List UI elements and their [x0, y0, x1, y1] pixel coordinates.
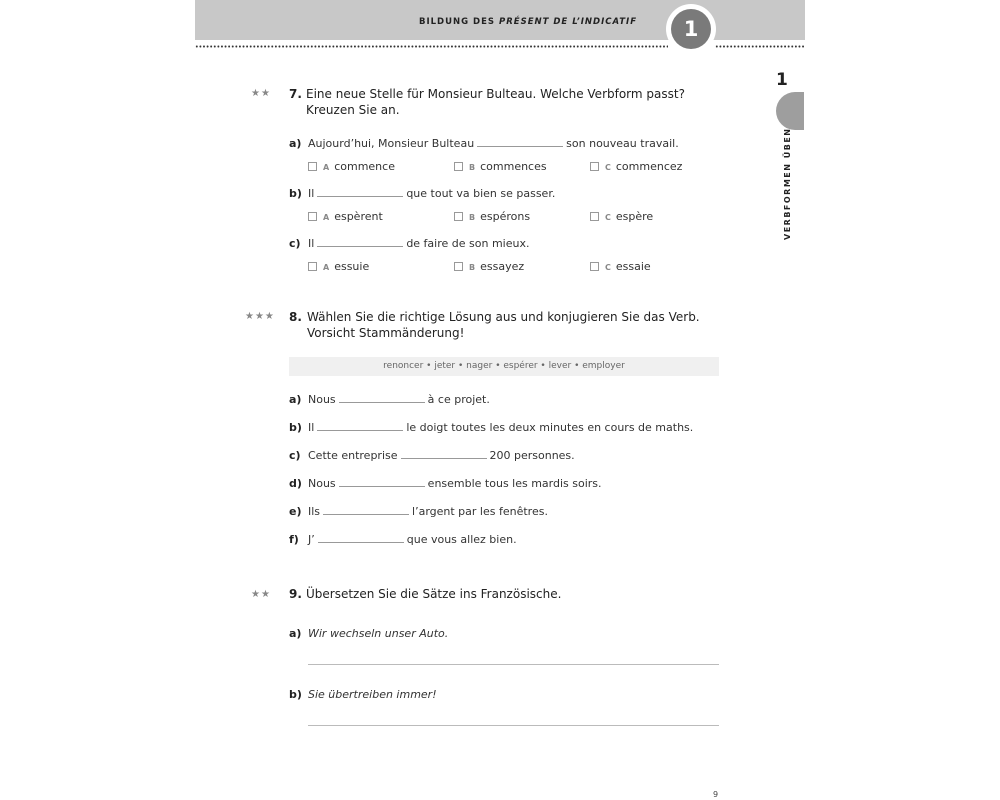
option-text: commences — [480, 160, 547, 173]
option-c[interactable]: Ccommencez — [590, 160, 682, 173]
sentence-start: Il — [308, 421, 314, 434]
sentence-end: ensemble tous les mardis soirs. — [428, 477, 602, 490]
option-letter: A — [323, 213, 329, 222]
difficulty-stars: ★★★ — [245, 311, 275, 322]
checkbox[interactable] — [454, 262, 463, 271]
dotted-divider-left — [195, 45, 668, 48]
option-text: espérons — [480, 210, 530, 223]
sentence-start: Cette entreprise — [308, 449, 398, 462]
item-sentence: J’que vous allez bien. — [308, 533, 517, 546]
german-sentence: Sie übertreiben immer! — [308, 688, 437, 701]
item-label: a) — [289, 137, 301, 150]
dotted-divider-right — [715, 45, 805, 48]
sentence-start: Aujourd’hui, Monsieur Bulteau — [308, 137, 474, 150]
option-letter: C — [605, 163, 611, 172]
answer-blank[interactable] — [317, 195, 403, 197]
checkbox[interactable] — [308, 162, 317, 171]
exercise-instruction: Eine neue Stelle für Monsieur Bulteau. W… — [306, 86, 685, 118]
sentence-start: Il — [308, 237, 314, 250]
chapter-number: 1 — [671, 9, 711, 49]
answer-blank[interactable] — [477, 145, 563, 147]
option-text: essuie — [334, 260, 369, 273]
option-text: espère — [616, 210, 653, 223]
answer-blank[interactable] — [339, 401, 425, 403]
option-letter: C — [605, 263, 611, 272]
sentence-end: son nouveau travail. — [566, 137, 679, 150]
answer-line[interactable] — [308, 725, 719, 726]
exercise-number: 9. — [289, 587, 302, 601]
option-a[interactable]: Acommence — [308, 160, 395, 173]
sentence-start: Il — [308, 187, 314, 200]
side-tab-label: VERBFORMEN ÜBEN — [783, 128, 792, 241]
item-label: b) — [289, 187, 302, 200]
exercise-number: 8. — [289, 310, 302, 324]
checkbox[interactable] — [590, 212, 599, 221]
item-sentence: Cette entreprise200 personnes. — [308, 449, 575, 462]
item-sentence: Ilde faire de son mieux. — [308, 237, 529, 250]
item-label: e) — [289, 505, 302, 518]
exercise-instruction: Wählen Sie die richtige Lösung aus und k… — [307, 309, 700, 341]
answer-blank[interactable] — [401, 457, 487, 459]
item-label: b) — [289, 421, 302, 434]
answer-line[interactable] — [308, 664, 719, 665]
sentence-start: Nous — [308, 393, 336, 406]
sentence-end: l’argent par les fenêtres. — [412, 505, 548, 518]
option-letter: B — [469, 163, 475, 172]
option-letter: C — [605, 213, 611, 222]
header-title: BILDUNG DES PRÉSENT DE L’INDICATIF — [419, 17, 637, 27]
side-tab-number: 1 — [776, 70, 788, 90]
difficulty-stars: ★★ — [251, 589, 271, 600]
answer-blank[interactable] — [317, 245, 403, 247]
answer-blank[interactable] — [323, 513, 409, 515]
checkbox[interactable] — [454, 212, 463, 221]
checkbox[interactable] — [590, 162, 599, 171]
option-b[interactable]: Bespérons — [454, 210, 530, 223]
exercise-instruction: Übersetzen Sie die Sätze ins Französisch… — [306, 586, 561, 602]
chapter-badge: 1 — [666, 4, 716, 54]
workbook-page: BILDUNG DES PRÉSENT DE L’INDICATIF 1 — [195, 0, 805, 800]
item-sentence: Nousensemble tous les mardis soirs. — [308, 477, 602, 490]
item-label: a) — [289, 393, 301, 406]
item-sentence: Aujourd’hui, Monsieur Bulteauson nouveau… — [308, 137, 679, 150]
checkbox[interactable] — [590, 262, 599, 271]
option-a[interactable]: Aespèrent — [308, 210, 383, 223]
item-label: c) — [289, 237, 301, 250]
exercise-number: 7. — [289, 87, 302, 101]
answer-blank[interactable] — [317, 429, 403, 431]
option-text: commence — [334, 160, 395, 173]
checkbox[interactable] — [308, 262, 317, 271]
sentence-start: Nous — [308, 477, 336, 490]
item-label: a) — [289, 627, 301, 640]
difficulty-stars: ★★ — [251, 88, 271, 99]
checkbox[interactable] — [308, 212, 317, 221]
sentence-end: 200 personnes. — [490, 449, 575, 462]
answer-blank[interactable] — [318, 541, 404, 543]
option-a[interactable]: Aessuie — [308, 260, 369, 273]
option-letter: A — [323, 163, 329, 172]
item-sentence: Nousà ce projet. — [308, 393, 490, 406]
option-b[interactable]: Bessayez — [454, 260, 524, 273]
option-text: commencez — [616, 160, 683, 173]
sentence-end: le doigt toutes les deux minutes en cour… — [406, 421, 693, 434]
item-sentence: Ille doigt toutes les deux minutes en co… — [308, 421, 693, 434]
option-c[interactable]: Cessaie — [590, 260, 651, 273]
item-label: c) — [289, 449, 301, 462]
item-sentence: Ilque tout va bien se passer. — [308, 187, 555, 200]
german-sentence: Wir wechseln unser Auto. — [308, 627, 448, 640]
item-label: f) — [289, 533, 299, 546]
option-letter: B — [469, 263, 475, 272]
option-letter: B — [469, 213, 475, 222]
item-label: d) — [289, 477, 302, 490]
option-letter: A — [323, 263, 329, 272]
option-b[interactable]: Bcommences — [454, 160, 547, 173]
word-bank: renoncer • jeter • nager • espérer • lev… — [289, 357, 719, 376]
sentence-start: Ils — [308, 505, 320, 518]
option-text: espèrent — [334, 210, 383, 223]
sentence-end: que vous allez bien. — [407, 533, 517, 546]
sentence-end: de faire de son mieux. — [406, 237, 529, 250]
item-label: b) — [289, 688, 302, 701]
page-number: 9 — [713, 790, 718, 799]
option-text: essaie — [616, 260, 651, 273]
option-c[interactable]: Cespère — [590, 210, 653, 223]
answer-blank[interactable] — [339, 485, 425, 487]
checkbox[interactable] — [454, 162, 463, 171]
sentence-end: à ce projet. — [428, 393, 490, 406]
option-text: essayez — [480, 260, 524, 273]
sentence-end: que tout va bien se passer. — [406, 187, 555, 200]
item-sentence: Ilsl’argent par les fenêtres. — [308, 505, 548, 518]
sentence-start: J’ — [308, 533, 315, 546]
